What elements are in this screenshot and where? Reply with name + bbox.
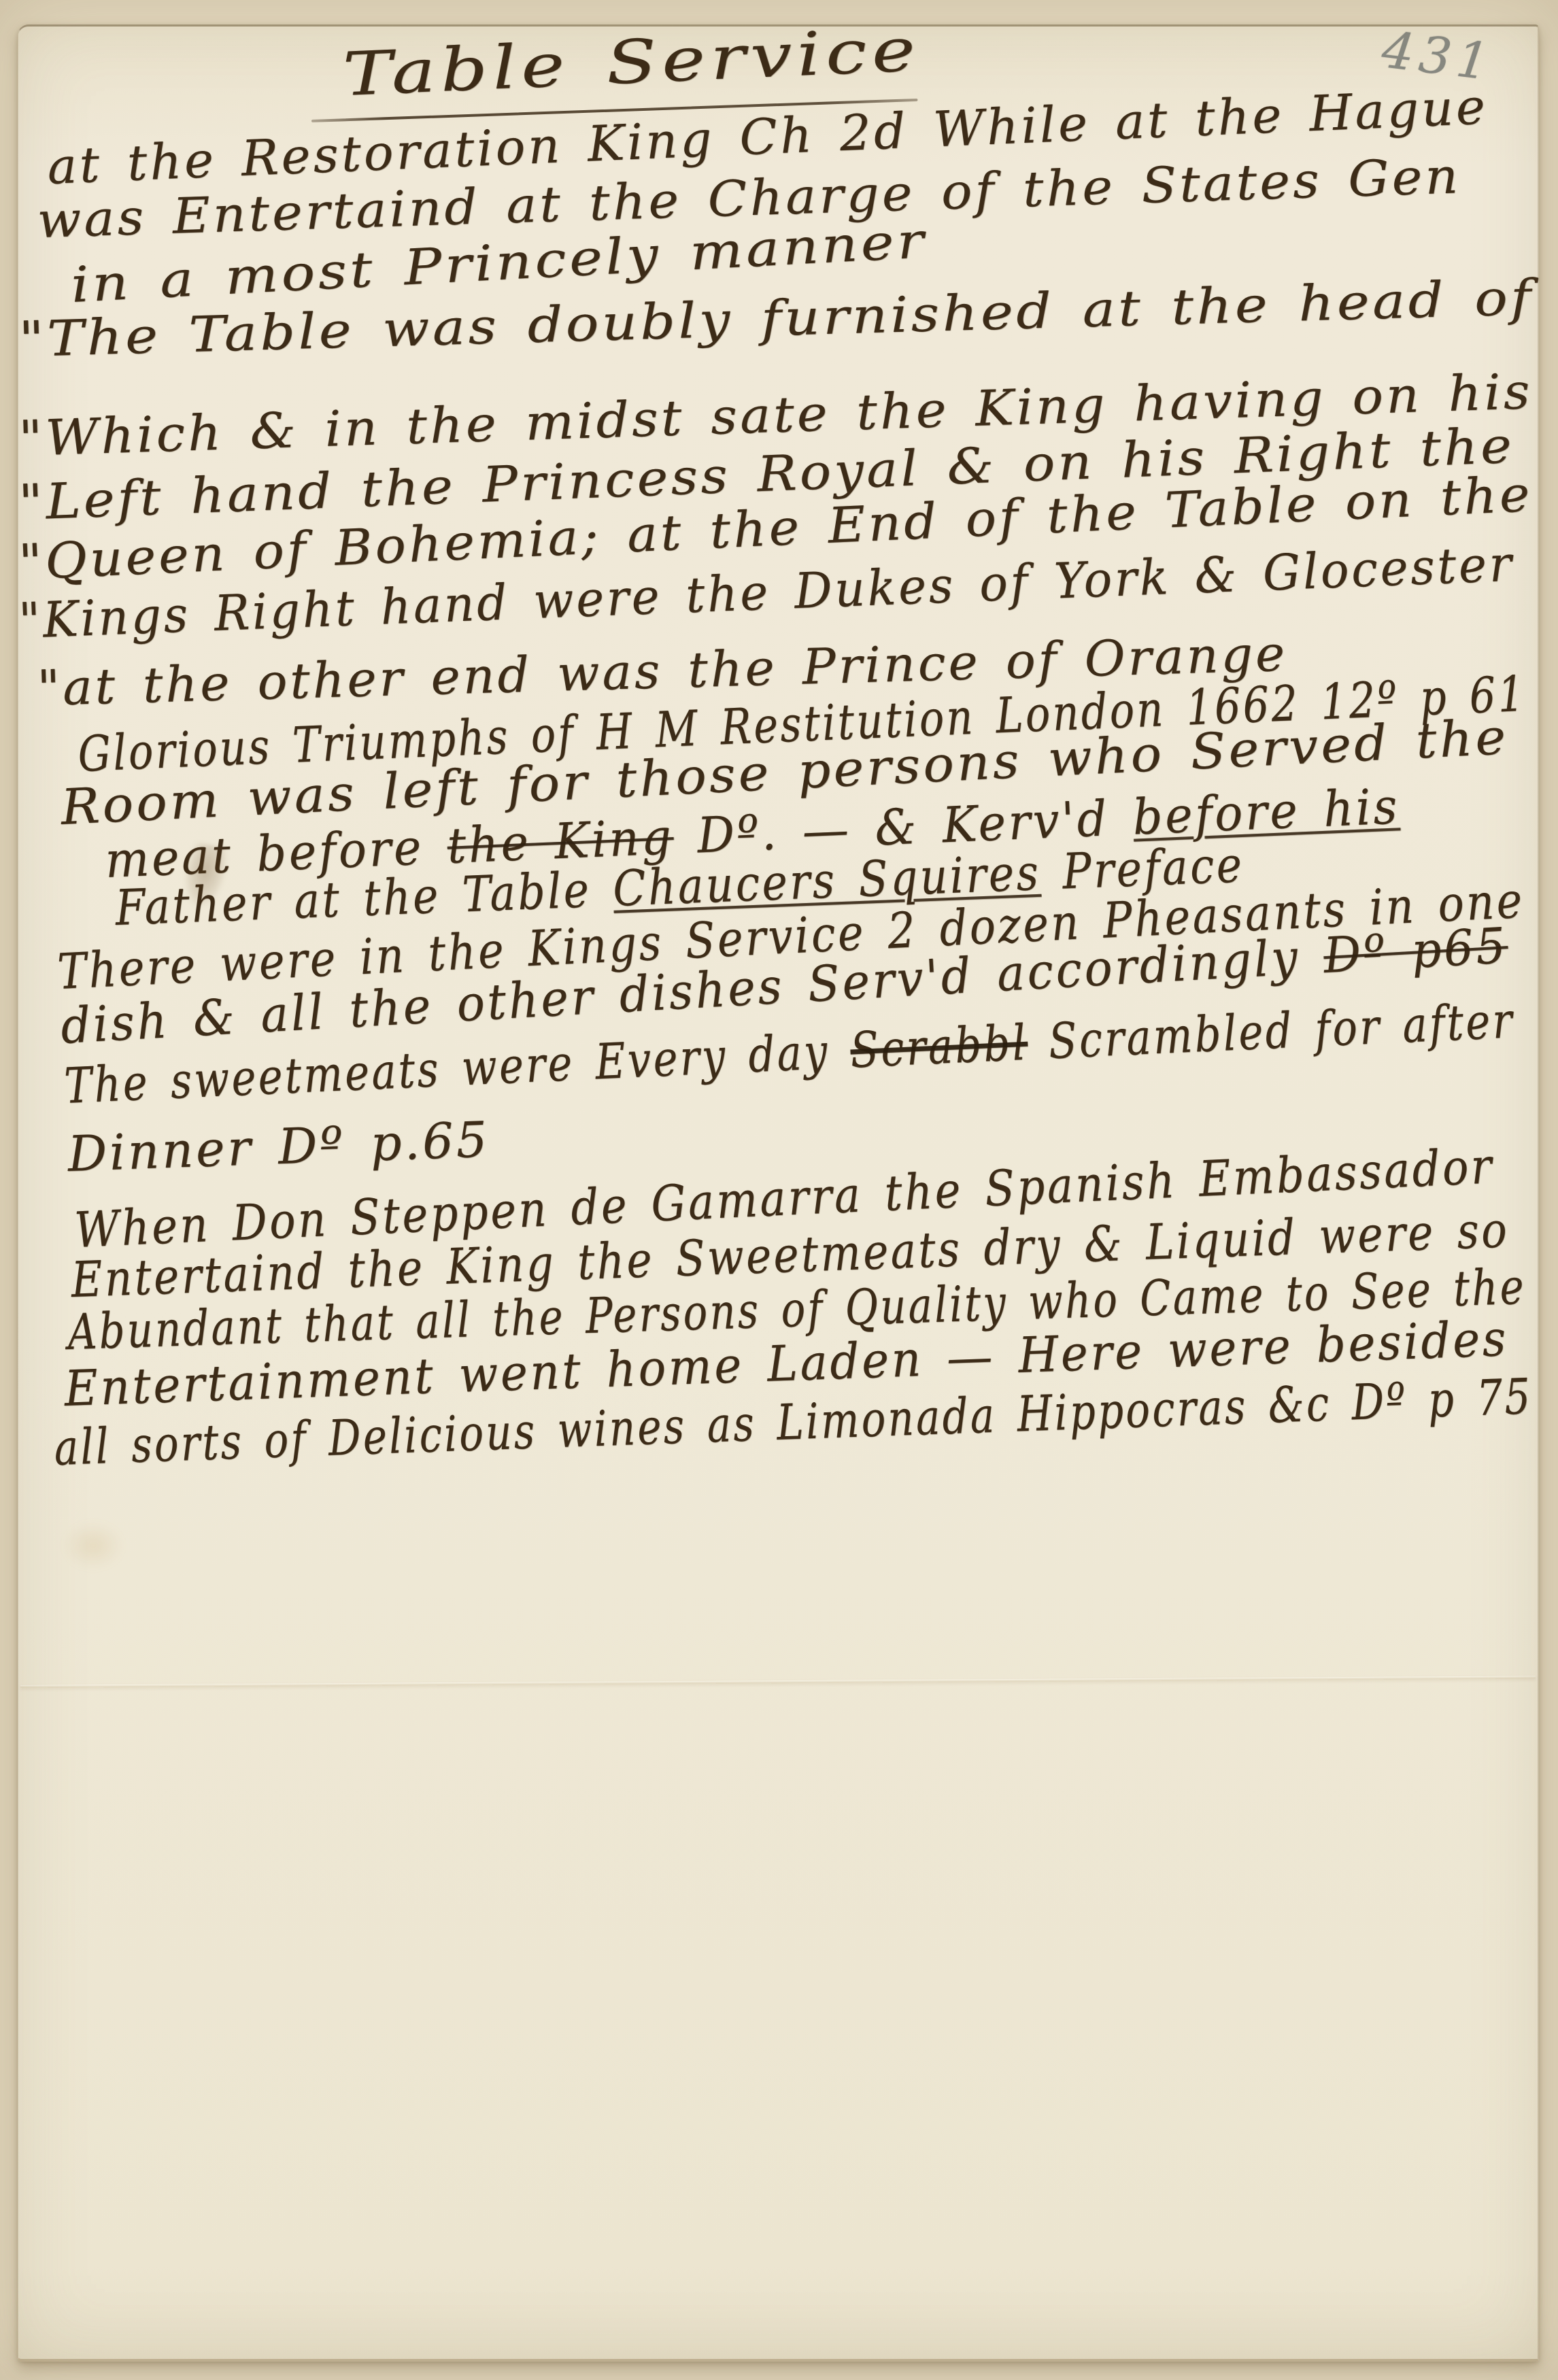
paper-stain [63,1522,124,1569]
struck-text: Dº p65 [1322,917,1510,984]
underlined-text: before his [1132,777,1401,845]
photo-background: 431 Table Service at the Restoration Kin… [0,0,1558,2380]
struck-text: Scrabbl [849,1014,1029,1079]
